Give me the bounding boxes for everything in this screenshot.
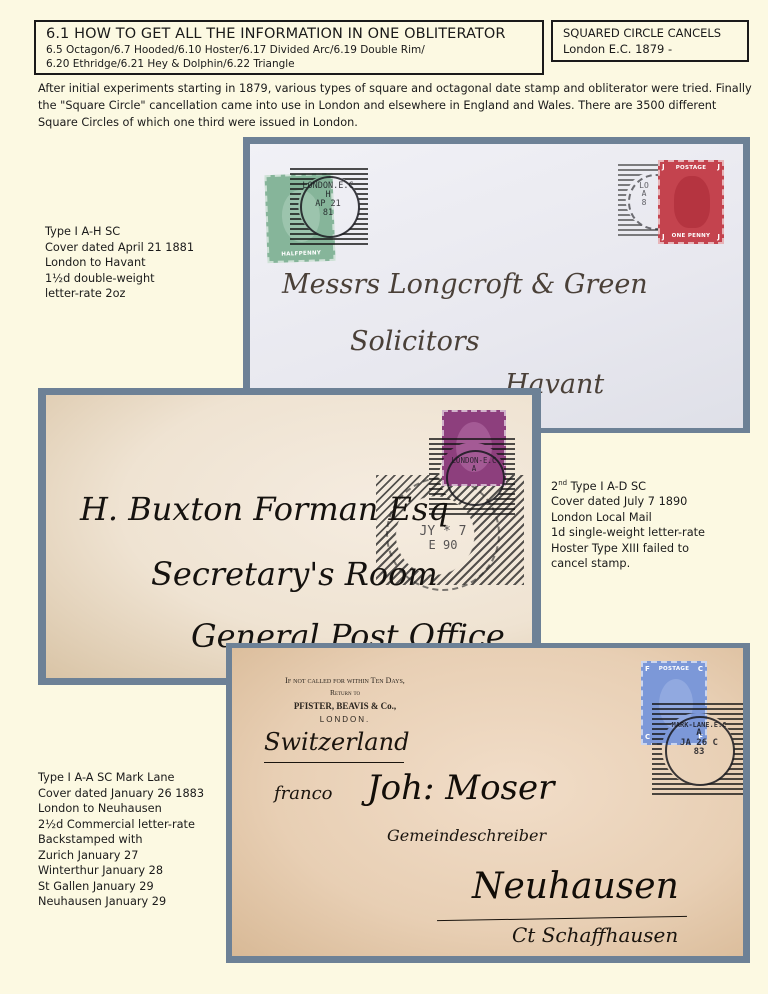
- caption-line: St Gallen January 29: [38, 879, 204, 895]
- section-label-line-1: SQUARED CIRCLE CANCELS: [563, 25, 737, 41]
- address-line: Secretary's Room: [151, 555, 438, 593]
- caption-ordinal-suffix: nd: [558, 479, 567, 487]
- return-notice-line: If not called for within Ten Days,: [260, 676, 430, 685]
- return-notice-line: Return to: [260, 688, 430, 697]
- mark-lane-postmark-text: MARK-LANE.E.C A JA 26 C 83: [666, 722, 732, 758]
- caption-line: 2½d Commercial letter-rate: [38, 817, 204, 833]
- address-line: Gemeindeschreiber: [387, 826, 546, 845]
- postmark-right-text: LO A 8: [632, 182, 656, 207]
- queen-portrait-icon: [674, 176, 710, 228]
- cover-3-mount: If not called for within Ten Days, Retur…: [226, 643, 750, 963]
- cover-2-caption: 2nd Type I A-D SC Cover dated July 7 189…: [551, 476, 705, 572]
- caption-line: 2nd Type I A-D SC: [551, 476, 705, 494]
- postmark-line: 83: [666, 748, 732, 757]
- intro-paragraph: After initial experiments starting in 18…: [38, 80, 753, 131]
- cover-2-envelope: JY * 7 E 90 LONDON-E.C A H. Buxton Forma…: [46, 395, 532, 678]
- caption-line: Cover dated January 26 1883: [38, 786, 204, 802]
- caption-line: 1½d double-weight: [45, 271, 194, 287]
- caption-line: Hoster Type XIII failed to: [551, 541, 705, 557]
- cover-1-caption: Type I A-H SC Cover dated April 21 1881 …: [45, 224, 194, 302]
- caption-text: Type I A-D SC: [567, 480, 646, 493]
- stamp-label: HALFPENNY: [269, 250, 333, 258]
- caption-line: Cover dated July 7 1890: [551, 494, 705, 510]
- page-title: 6.1 HOW TO GET ALL THE INFORMATION IN ON…: [46, 25, 532, 43]
- address-line: Solicitors: [350, 326, 480, 357]
- stamp-label: ONE PENNY: [660, 233, 722, 239]
- corner-letter: C: [645, 733, 650, 741]
- caption-line: 1d single-weight letter-rate: [551, 525, 705, 541]
- sender-city: LONDON.: [260, 715, 430, 724]
- title-subtitle-line-1: 6.5 Octagon/6.7 Hooded/6.10 Hoster/6.17 …: [46, 43, 532, 57]
- exhibit-title-box: 6.1 HOW TO GET ALL THE INFORMATION IN ON…: [34, 20, 544, 75]
- cover-2-mount: JY * 7 E 90 LONDON-E.C A H. Buxton Forma…: [38, 388, 541, 685]
- stamp-label: POSTAGE: [643, 666, 705, 672]
- hoster-postmark-text: JY * 7 E 90: [398, 525, 488, 551]
- postmark-line: A: [448, 465, 500, 473]
- address-line: Ct Schaffhausen: [512, 923, 678, 947]
- caption-line: Winterthur January 28: [38, 863, 204, 879]
- caption-line: cancel stamp.: [551, 556, 705, 572]
- address-line: Messrs Longcroft & Green: [282, 269, 648, 300]
- underline-divider: [437, 916, 687, 921]
- address-line: Switzerland: [264, 728, 409, 756]
- caption-line: letter-rate 2oz: [45, 286, 194, 302]
- sender-name: PFISTER, BEAVIS & Co.,: [260, 701, 430, 711]
- address-line: franco: [274, 783, 333, 804]
- postmark-left-text: LONDON.E.C H AP 21 81: [296, 182, 360, 218]
- address-line: H. Buxton Forman Esq: [80, 490, 449, 528]
- section-label-line-2: London E.C. 1879 -: [563, 41, 737, 57]
- caption-line: London to Neuhausen: [38, 801, 204, 817]
- postmark-line: E: [429, 538, 436, 552]
- caption-line: Type I A-H SC: [45, 224, 194, 240]
- caption-line: Zurich January 27: [38, 848, 204, 864]
- stamp-label: POSTAGE: [660, 165, 722, 171]
- caption-line: London Local Mail: [551, 510, 705, 526]
- underline-divider: [264, 762, 404, 763]
- cover-3-caption: Type I A-A SC Mark Lane Cover dated Janu…: [38, 770, 204, 910]
- caption-line: Backstamped with: [38, 832, 204, 848]
- sc-postmark-text: LONDON-E.C A: [448, 457, 500, 473]
- caption-line: London to Havant: [45, 255, 194, 271]
- address-line: Joh: Moser: [367, 768, 554, 808]
- postmark-line: 90: [443, 538, 457, 552]
- postmark-line: 81: [296, 209, 360, 218]
- address-line: Neuhausen: [472, 866, 679, 907]
- stamp-one-penny-red: J J J J POSTAGE ONE PENNY: [658, 160, 724, 244]
- caption-line: Cover dated April 21 1881: [45, 240, 194, 256]
- caption-line: Type I A-A SC Mark Lane: [38, 770, 204, 786]
- cover-1-envelope: HALFPENNY LONDON.E.C H AP 21 81 LO A 8 J…: [250, 144, 743, 428]
- caption-line: Neuhausen January 29: [38, 894, 204, 910]
- section-label-box: SQUARED CIRCLE CANCELS London E.C. 1879 …: [551, 20, 749, 62]
- postmark-line: 8: [632, 199, 656, 207]
- title-subtitle-line-2: 6.20 Ethridge/6.21 Hey & Dolphin/6.22 Tr…: [46, 57, 532, 71]
- cover-3-envelope: If not called for within Ten Days, Retur…: [232, 648, 743, 956]
- postmark-line: 7: [459, 524, 467, 539]
